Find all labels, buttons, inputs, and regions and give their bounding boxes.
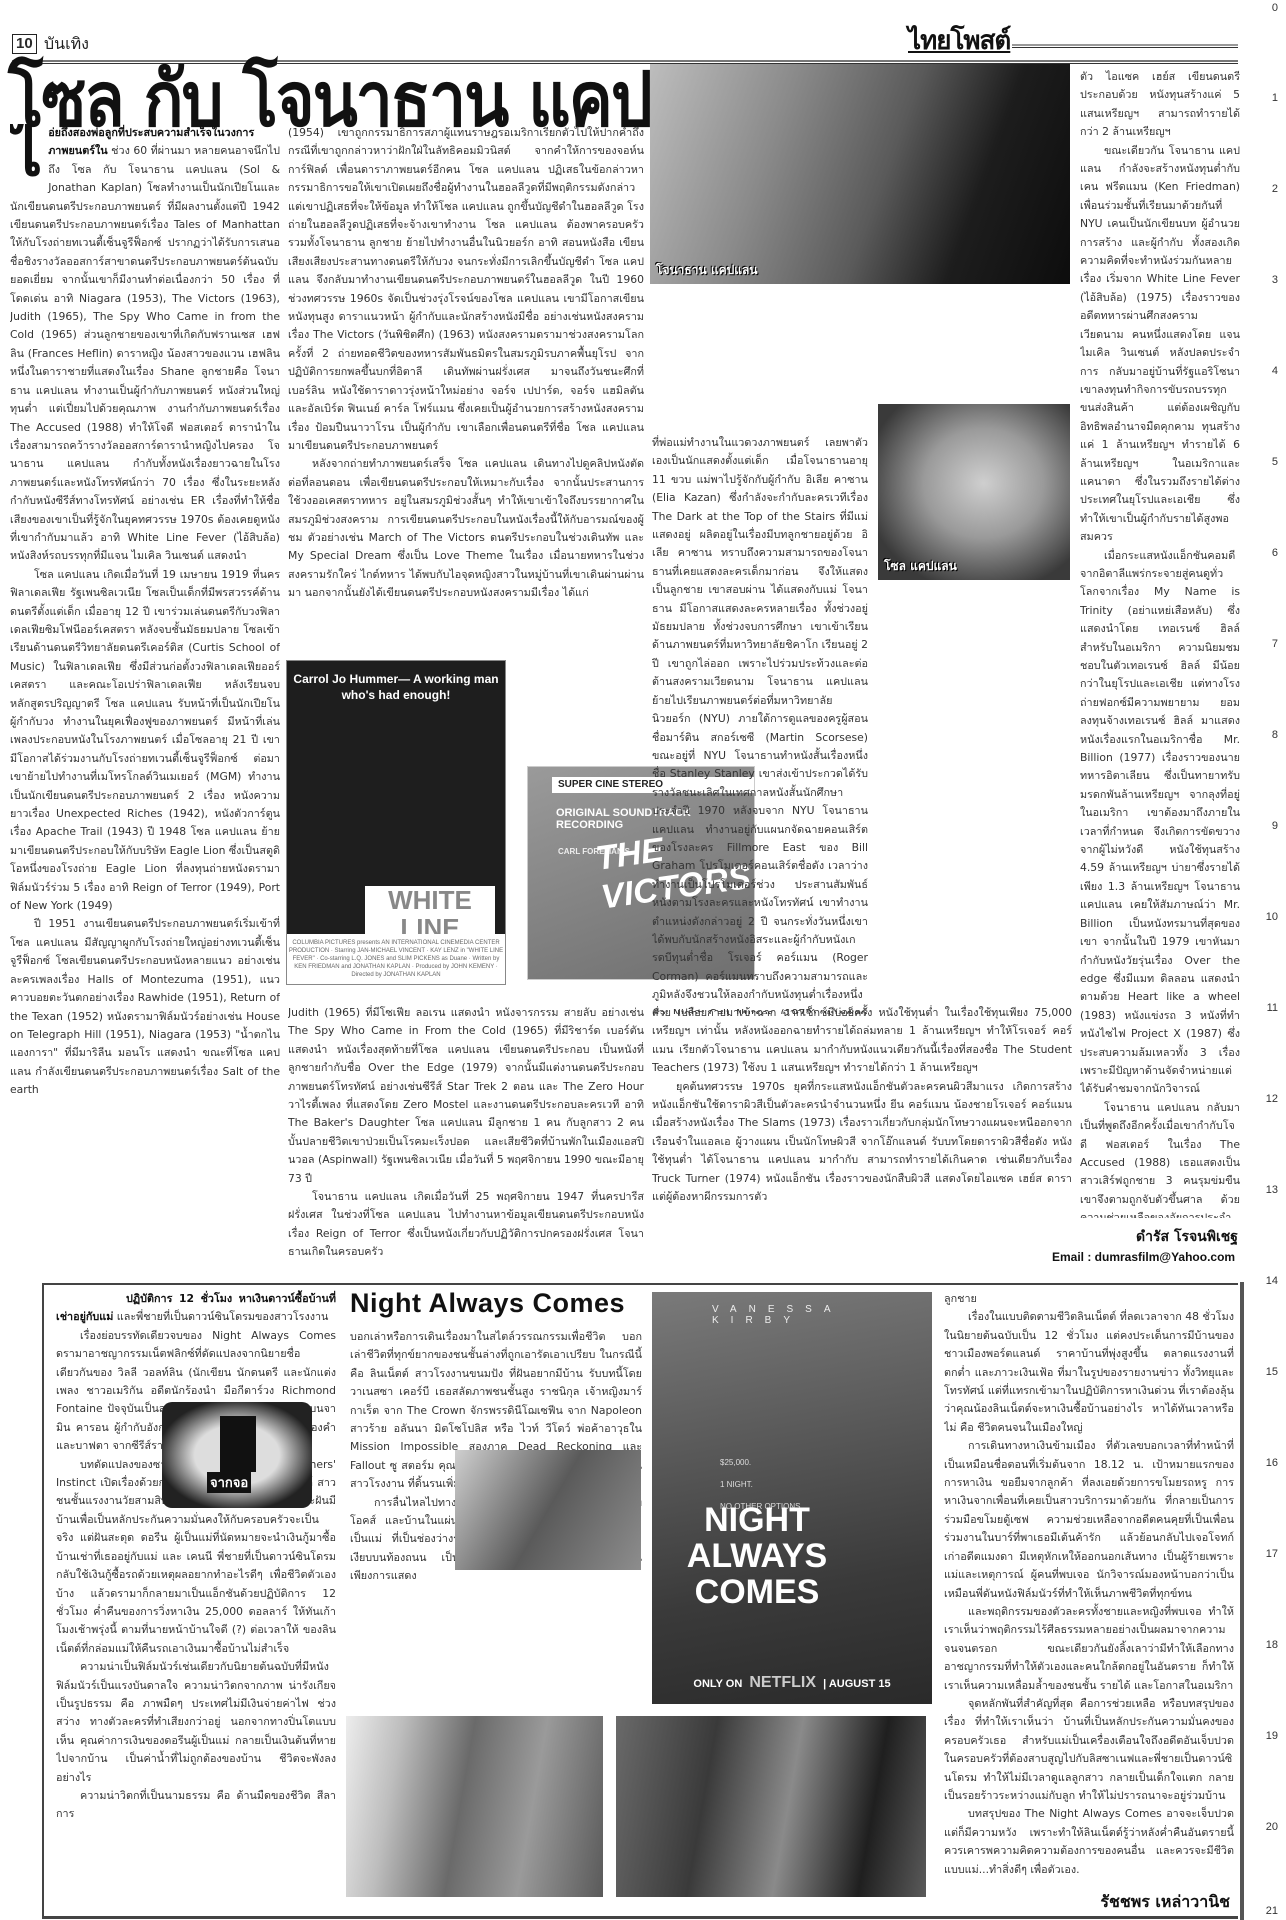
poster-title: NIGHT ALWAYS COMES [682, 1502, 832, 1610]
review-column-3: ลูกชาย เรื่องในแบบติดตามชีวิตลินเน็ตต์ ท… [944, 1290, 1234, 1890]
paragraph: ความน่าเป็นฟิล์มนัวร์เช่นเดียวกับนิยายต้… [56, 1658, 336, 1787]
ruler-tick: 12 [1266, 1093, 1278, 1105]
paragraph: จุดหลักพันที่สำคัญที่สุด คือการช่วยเหลือ… [944, 1695, 1234, 1805]
night-always-comes-poster: VANESSA KIRBY $25,000. 1 NIGHT. NO OTHER… [652, 1292, 932, 1704]
photo-caption: โจนาธาน แคปแลน [656, 261, 758, 280]
poster-tagline: Carrol Jo Hummer— A working man who's ha… [287, 671, 505, 703]
ruler-tick: 4 [1272, 365, 1278, 377]
newspaper-page: 10 บันเทิง ไทยโพสต์ โซล กับ โจนาธาน แคปแ… [0, 0, 1240, 1920]
ruler-tick: 20 [1266, 1821, 1278, 1833]
photo-caption: โซล แคปแลน [884, 557, 957, 576]
sol-kaplan-photo: โซล แคปแลน [878, 404, 1070, 580]
film-still-bar-scene [346, 1716, 603, 1897]
paragraph: โซล แคปแลน เกิดเมื่อวันที่ 19 เมษายน 191… [10, 566, 280, 916]
jonathan-kaplan-photo: โจนาธาน แคปแลน [650, 64, 1070, 284]
ruler-tick: 17 [1266, 1548, 1278, 1560]
review-column-1: ปฏิบัติการ 12 ชั่วโมง หาเงินดาวน์ซื้อบ้า… [56, 1290, 336, 1890]
article-column-4: ตัว ไอแซค เฮย์ส เขียนดนตรีประกอบด้วย หนั… [1080, 68, 1240, 1218]
column-text: ตัว ไอแซค เฮย์ส เขียนดนตรีประกอบด้วย หนั… [1080, 70, 1240, 138]
ruler-tick: 15 [1266, 1366, 1278, 1378]
ruler-tick: 3 [1272, 274, 1278, 286]
review-byline: รัชชพร เหล่าวานิช [1030, 1890, 1230, 1915]
film-still-crowd-scene [616, 1716, 926, 1897]
column-text: ที่พ่อแม่ทำงานในแวดวงภาพยนตร์ เลยพาตัวเอ… [652, 436, 868, 1014]
page-ruler: 0 1 2 3 4 5 6 7 8 9 10 11 12 13 14 15 16… [1240, 0, 1286, 1920]
paragraph: หลังจากถ่ายทำภาพยนตร์เสร็จ โซล แคปแลน เด… [288, 455, 644, 602]
ruler-tick: 1 [1272, 92, 1278, 104]
ruler-tick: 9 [1272, 820, 1278, 832]
poster-credits: COLUMBIA PICTURES presents AN INTERNATIO… [287, 934, 505, 984]
review-lead-rest: และพี่ชายที่เป็นดาวน์ซินโดรมของสาวโรงงาน [117, 1310, 329, 1323]
drop-cap: ไ [10, 126, 42, 182]
ruler-tick: 21 [1266, 1905, 1278, 1917]
column-text: สวย เปลือยกายมาเข้าฉาก ฉากเซ็กซ์มีบ่อยคร… [652, 1006, 1072, 1074]
white-line-fever-poster: Carrol Jo Hummer— A working man who's ha… [286, 660, 506, 985]
ruler-tick: 14 [1266, 1275, 1278, 1287]
paragraph: โจนาธาน แคปแลน เกิดเมื่อวันที่ 25 พฤศจิก… [288, 1188, 644, 1262]
paragraph: ขณะเดียวกัน โจนาธาน แคปแลน กำลังจะสร้างห… [1080, 142, 1240, 547]
ruler-tick: 2 [1272, 183, 1278, 195]
ruler-tick: 19 [1266, 1730, 1278, 1742]
from-screen-logo: จากจอ [162, 1402, 312, 1508]
column-text: ลูกชาย [944, 1292, 977, 1305]
paragraph: ความน่าวิตกที่เป็นนามธรรม คือ ด้านมืดของ… [56, 1787, 336, 1824]
paragraph: โจนาธาน แคปแลน กลับมาเป็นที่พูดถึงอีกครั… [1080, 1099, 1240, 1218]
author-email[interactable]: Email : dumrasfilm@Yahoo.com [1052, 1250, 1235, 1264]
ruler-tick: 16 [1266, 1457, 1278, 1469]
ruler-tick: 11 [1267, 1002, 1278, 1014]
author-byline: ดำรัส โรจนพิเชฐ [1060, 1226, 1238, 1248]
film-still-kitchen [455, 1450, 641, 1570]
header-rule-right [1012, 44, 1238, 48]
column-text: Judith (1965) ที่มีโซเฟีย ลอเรน แสดงนำ ห… [288, 1006, 644, 1185]
logo-label: จากจอ [207, 1472, 251, 1493]
ruler-tick: 8 [1272, 729, 1278, 741]
ruler-tick: 18 [1266, 1639, 1278, 1651]
paragraph: บทสรุปของ The Night Always Comes อาจจะเจ… [944, 1805, 1234, 1879]
poster-star-name: VANESSA KIRBY [712, 1304, 932, 1326]
ruler-tick: 6 [1272, 547, 1278, 559]
article-column-2: (1954) เขาถูกกรรมาธิการสภาผู้แทนราษฎรอเม… [288, 124, 644, 634]
article-column-1: ไ อ่ยถึงสองพ่อลูกที่ประสบความสำเร็จในวงก… [10, 124, 280, 1274]
ruler-tick: 7 [1272, 638, 1278, 650]
ruler-tick: 5 [1272, 456, 1278, 468]
column-text: ช่วง 60 ที่ผ่านมา หลายคนอาจนึกไปถึง โซล … [10, 144, 280, 562]
ruler-tick: 10 [1266, 911, 1278, 923]
paragraph: ปี 1951 งานเขียนดนตรีประกอบภาพยนตร์เริ่ม… [10, 915, 280, 1099]
page-number: 10 [12, 34, 37, 54]
paragraph: และพฤติกรรมของตัวละครทั้งชายและหญิงที่พบ… [944, 1603, 1234, 1695]
column-text: (1954) เขาถูกกรรมาธิการสภาผู้แทนราษฎรอเม… [288, 126, 644, 452]
ruler-highlight-bar [1240, 1282, 1244, 1920]
paragraph: เรื่องในแบบติดตามชีวิตลินเน็ตต์ ที่ลดเวล… [944, 1308, 1234, 1437]
netflix-wordmark: NETFLIX [749, 1674, 816, 1691]
article-column-3: ที่พ่อแม่ทำงานในแวดวงภาพยนตร์ เลยพาตัวเอ… [652, 434, 868, 1014]
article-column-3-bottom: สวย เปลือยกายมาเข้าฉาก ฉากเซ็กซ์มีบ่อยคร… [652, 1004, 1072, 1274]
poster-release-line: ONLY ON NETFLIX | AUGUST 15 [652, 1674, 932, 1692]
logo-glyph [220, 1416, 256, 1472]
paragraph: เมื่อกระแสหนังแอ็กชันคอมดีจากอิตาลีแพร่ก… [1080, 547, 1240, 1099]
review-title: Night Always Comes [350, 1288, 625, 1319]
newspaper-logo: ไทยโพสต์ [908, 20, 1010, 61]
ruler-tick: 0 [1272, 2, 1278, 14]
ruler-tick: 13 [1266, 1184, 1278, 1196]
article-column-2-bottom: Judith (1965) ที่มีโซเฟีย ลอเรน แสดงนำ ห… [288, 1004, 644, 1274]
paragraph: การเดินทางหาเงินข้ามเมือง ที่ตัวเลขบอกเว… [944, 1437, 1234, 1603]
paragraph: ยุคต้นทศวรรษ 1970s ยุคที่กระแสหนังแอ็กชั… [652, 1078, 1072, 1207]
section-name: บันเทิง [44, 34, 89, 54]
